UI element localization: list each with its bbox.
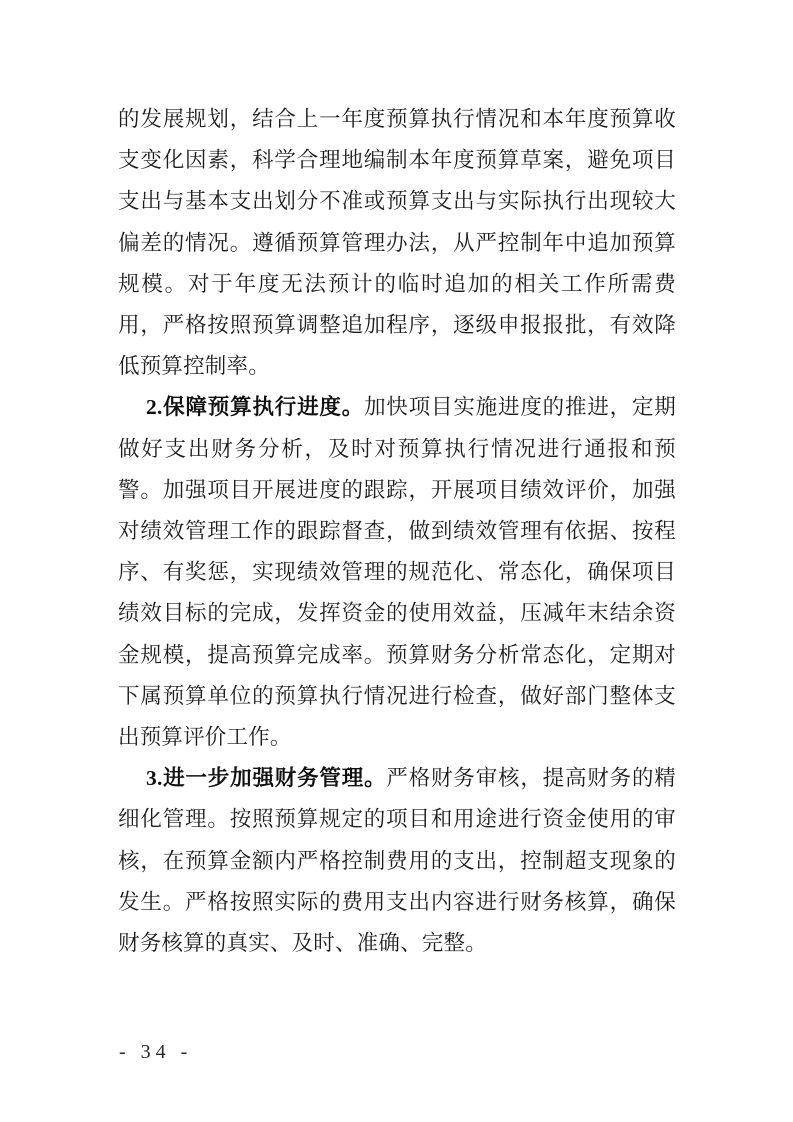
paragraph-text: 严格财务审核，提高财务的精细化管理。按照预算规定的项目和用途进行资金使用的审核，… (118, 766, 676, 955)
paragraph-text: 加快项目实施进度的推进，定期做好支出财务分析，及时对预算执行情况进行通报和预警。… (118, 395, 676, 749)
document-page: 的发展规划，结合上一年度预算执行情况和本年度预算收支变化因素，科学合理地编制本年… (0, 0, 793, 1122)
paragraph: 的发展规划，结合上一年度预算执行情况和本年度预算收支变化因素，科学合理地编制本年… (118, 99, 676, 387)
paragraph: 3.进一步加强财务管理。严格财务审核，提高财务的精细化管理。按照预算规定的项目和… (118, 758, 676, 964)
document-body: 的发展规划，结合上一年度预算执行情况和本年度预算收支变化因素，科学合理地编制本年… (118, 99, 676, 964)
paragraph-heading: 3.进一步加强财务管理。 (146, 766, 386, 790)
paragraph-text: 的发展规划，结合上一年度预算执行情况和本年度预算收支变化因素，科学合理地编制本年… (118, 107, 676, 378)
paragraph: 2.保障预算执行进度。加快项目实施进度的推进，定期做好支出财务分析，及时对预算执… (118, 387, 676, 758)
page-number: - 34 - (119, 1041, 192, 1063)
paragraph-heading: 2.保障预算执行进度。 (146, 395, 364, 419)
